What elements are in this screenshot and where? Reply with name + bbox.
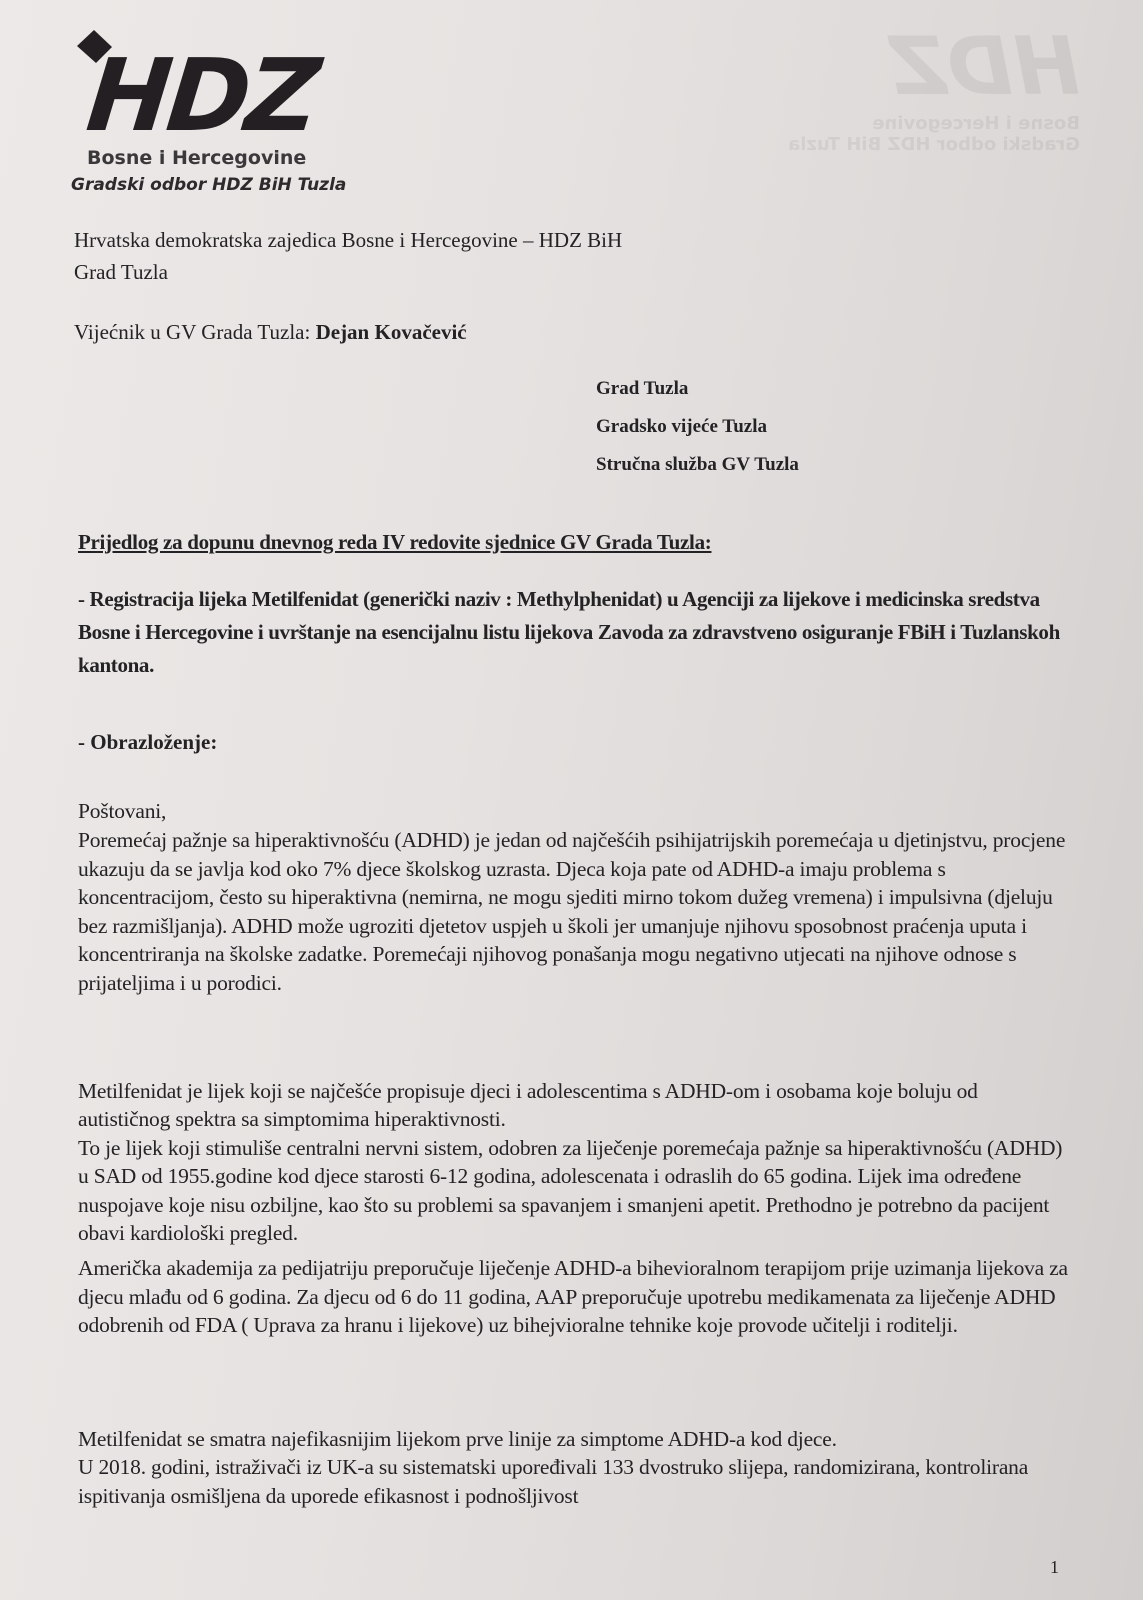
paragraph-2: Metilfenidat je lijek koji se najčešće p…: [78, 1048, 1068, 1276]
paragraph-4: Metilfenidat se smatra najefikasnijim li…: [78, 1396, 1068, 1539]
sender-organization: Hrvatska demokratska zajedica Bosne i He…: [74, 226, 622, 254]
logo-wordmark: HDZ: [83, 46, 321, 146]
show-through-logo: HDZ Bosne i Hercegovine Gradski odbor HD…: [760, 20, 1080, 180]
recipient-line-3: Stručna služba GV Tuzla: [596, 451, 799, 479]
sender-city: Grad Tuzla: [74, 258, 168, 286]
logo-branch: Gradski odbor HDZ BiH Tuzla: [71, 175, 346, 195]
document-page: HDZ Bosne i Hercegovine Gradski odbor HD…: [0, 0, 1143, 1600]
page-number: 1: [1050, 1557, 1059, 1578]
paragraph-3: Američka akademija za pedijatriju prepor…: [78, 1254, 1068, 1340]
proposal-item: - Registracija lijeka Metilfenidat (gene…: [78, 583, 1063, 682]
paragraph-text: Metilfenidat je lijek koji se najčešće p…: [78, 1077, 1068, 1248]
paragraph-text: Metilfenidat se smatra najefikasnijim li…: [78, 1425, 1068, 1511]
paragraph-text: Američka akademija za pedijatriju prepor…: [78, 1254, 1068, 1340]
hdz-logo: HDZ Bosne i Hercegovine Gradski odbor HD…: [74, 30, 374, 200]
councillor-line: Vijećnik u GV Grada Tuzla: Dejan Kovačev…: [74, 318, 467, 346]
paragraph-1: Poremećaj pažnje sa hiperaktivnošću (ADH…: [78, 826, 1068, 997]
proposal-heading: Prijedlog za dopunu dnevnog reda IV redo…: [78, 528, 711, 556]
greeting: Poštovani,: [78, 797, 1068, 826]
recipient-line-1: Grad Tuzla: [596, 375, 688, 403]
councillor-name: Dejan Kovačević: [316, 320, 467, 344]
recipient-line-2: Gradsko vijeće Tuzla: [596, 413, 767, 441]
paragraph-text: Poremećaj pažnje sa hiperaktivnošću (ADH…: [78, 826, 1068, 997]
councillor-label: Vijećnik u GV Grada Tuzla:: [74, 320, 310, 344]
rationale-label: - Obrazloženje:: [78, 728, 217, 756]
logo-subtitle: Bosne i Hercegovine: [87, 147, 306, 169]
